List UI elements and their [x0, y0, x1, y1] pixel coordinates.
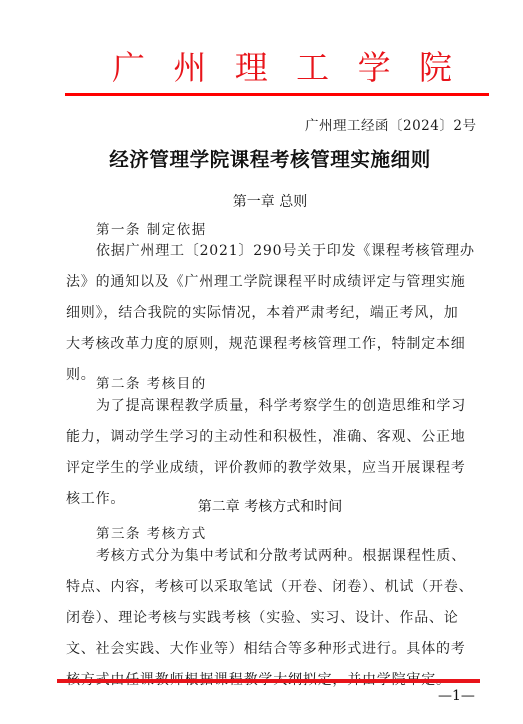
text-line: 依据广州理工〔2021〕290号关于印发《课程考核管理办 — [66, 236, 471, 267]
chapter-heading: 第二章 考核方式和时间 — [0, 497, 523, 517]
masthead: 广 州 理 工 学 院 — [0, 46, 523, 90]
institution-char: 学 — [358, 46, 391, 90]
institution-char: 理 — [235, 46, 268, 90]
institution-name: 广 州 理 工 学 院 — [112, 46, 452, 90]
text-line: 大考核改革力度的原则，规范课程考核管理工作，特制定本细 — [66, 329, 471, 360]
page-number: —1— — [438, 688, 475, 704]
text-line: 法》的通知以及《广州理工学院课程平时成绩评定与管理实施 — [66, 267, 471, 298]
document-number: 广州理工经函〔2024〕2号 — [305, 114, 476, 134]
text-line: 文、社会实践、大作业等）相结合等多种形式进行。具体的考 — [66, 634, 471, 665]
document-title: 经济管理学院课程考核管理实施细则 — [0, 146, 523, 174]
article-body: 考核方式分为集中考试和分散考试两种。根据课程性质、 特点、内容，考核可以采取笔试… — [66, 541, 471, 696]
institution-char: 院 — [419, 46, 452, 90]
institution-char: 广 — [112, 46, 145, 90]
text-line: 细则》，结合我院的实际情况，本着严肃考纪，端正考风，加 — [66, 298, 471, 329]
text-line: 能力，调动学生学习的主动性和积极性，准确、客观、公正地 — [66, 422, 471, 453]
institution-char: 工 — [296, 46, 329, 90]
header-divider — [65, 93, 489, 96]
text-line: 考核方式分为集中考试和分散考试两种。根据课程性质、 — [66, 541, 471, 572]
article-body: 依据广州理工〔2021〕290号关于印发《课程考核管理办 法》的通知以及《广州理… — [66, 236, 471, 391]
footer-divider — [57, 679, 480, 683]
chapter-heading: 第一章 总则 — [0, 192, 523, 212]
text-line: 特点、内容，考核可以采取笔试（开卷、闭卷）、机试（开卷、 — [66, 572, 471, 603]
institution-char: 州 — [173, 46, 206, 90]
text-line: 评定学生的学业成绩，评价教师的教学效果，应当开展课程考 — [66, 453, 471, 484]
text-line: 闭卷）、理论考核与实践考核（实验、实习、设计、作品、论 — [66, 603, 471, 634]
text-line: 为了提高课程教学质量，科学考察学生的创造思维和学习 — [66, 391, 471, 422]
